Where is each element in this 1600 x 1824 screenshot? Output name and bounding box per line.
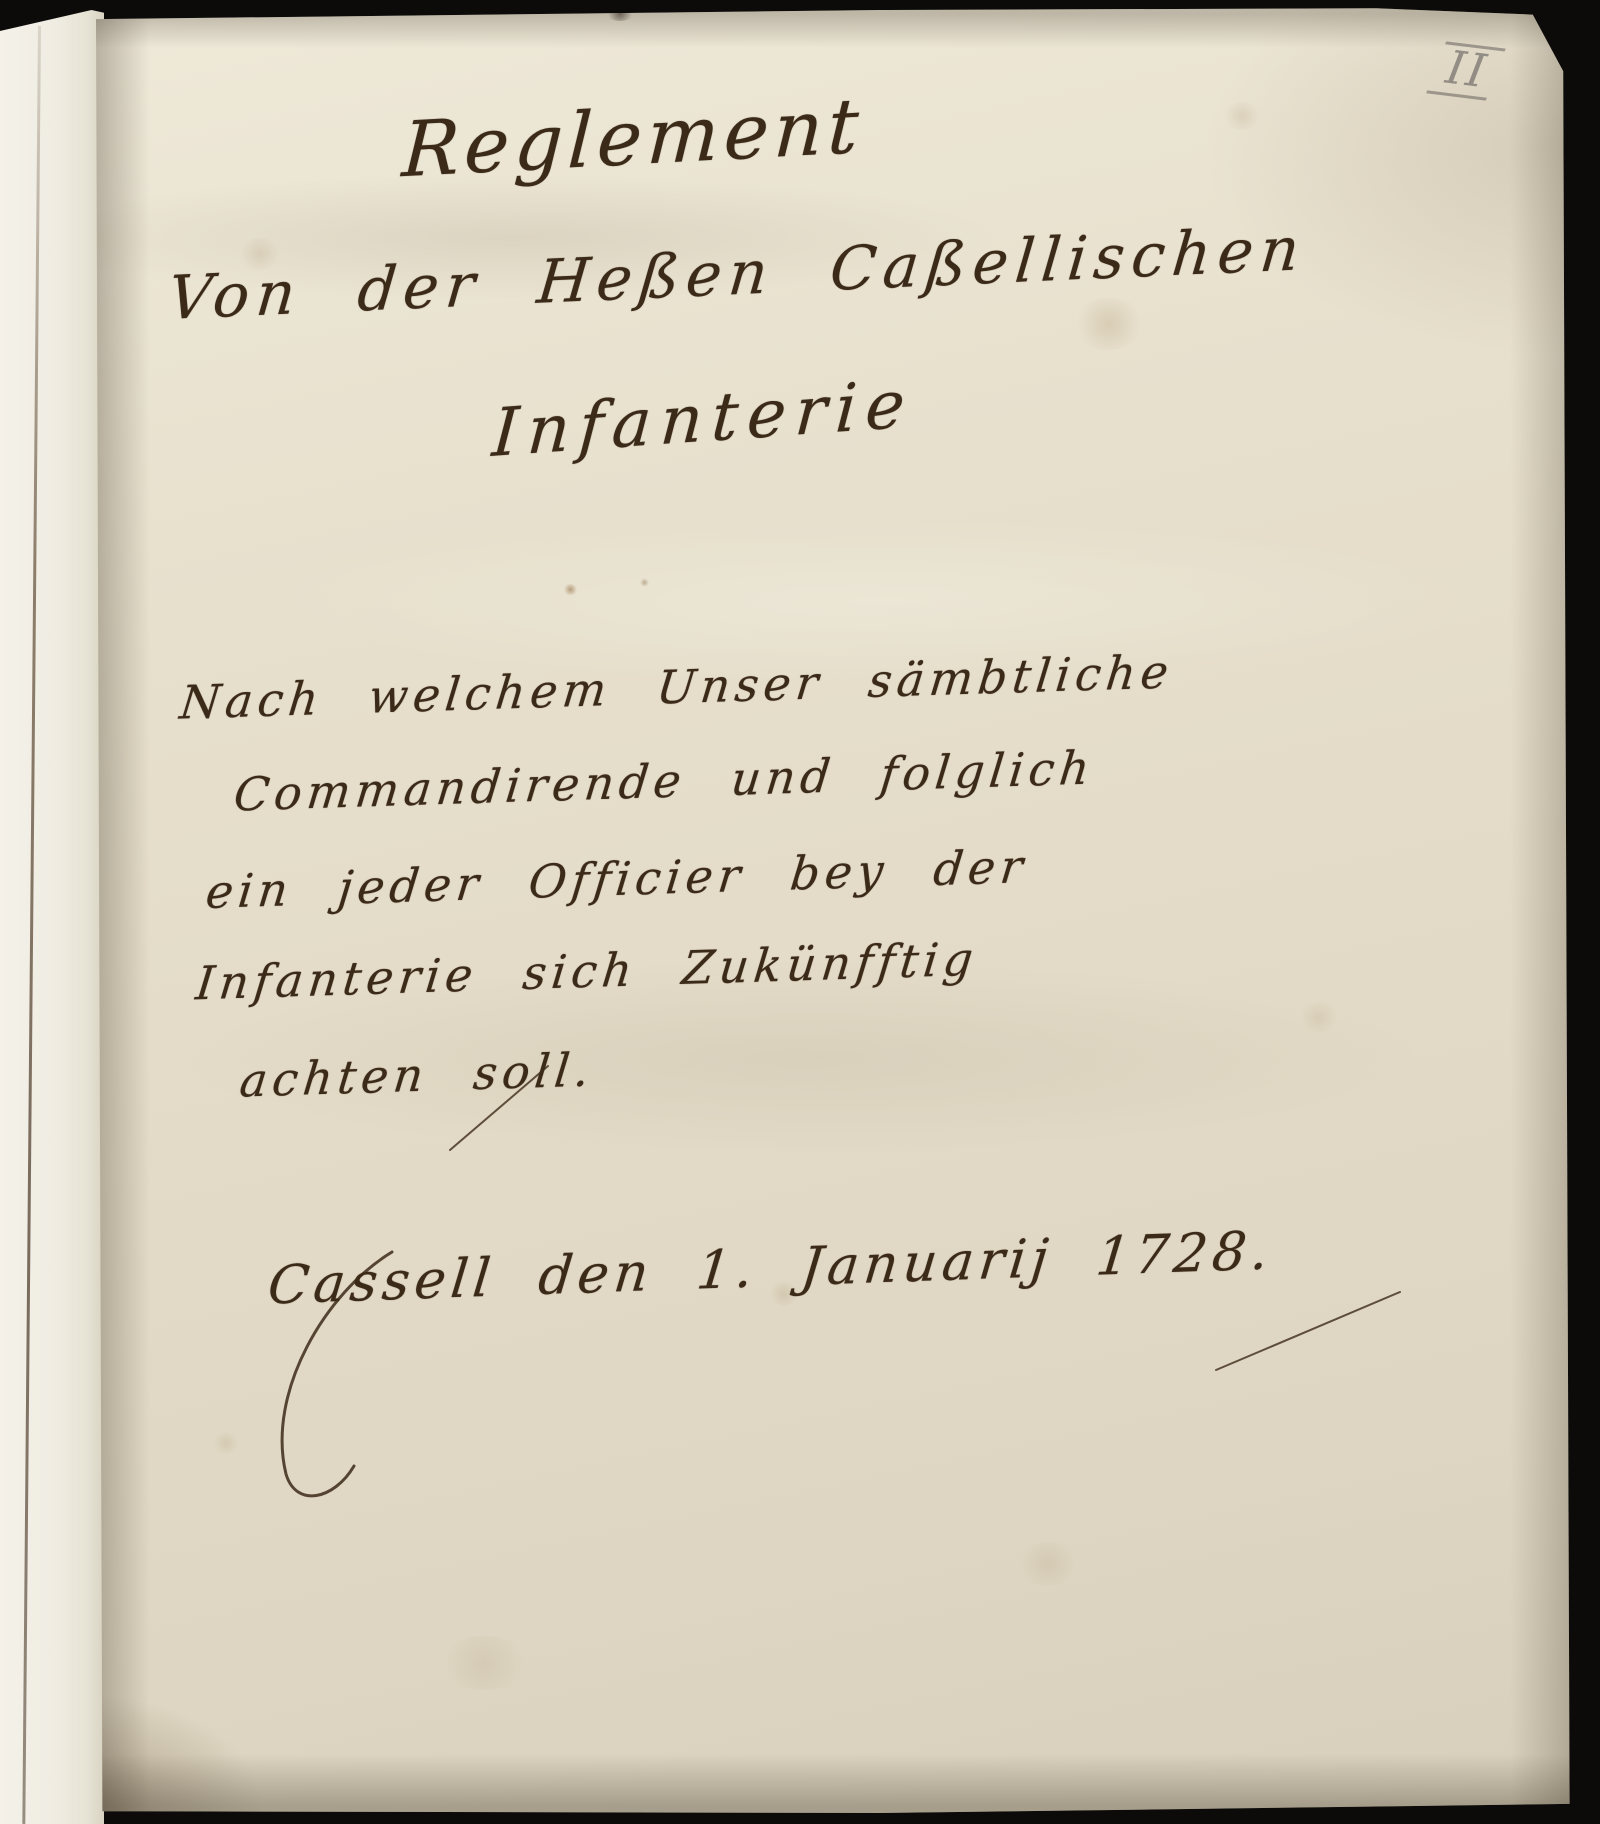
book-page-edges-stack — [0, 0, 104, 1824]
body-text-line: achten soll. — [238, 1046, 597, 1103]
paper-stain — [1298, 1002, 1340, 1032]
paper-stain — [563, 584, 578, 595]
manuscript-page: Reglement Von der Heßen Caßellischen Inf… — [0, 0, 1600, 1824]
paper-stain — [1072, 298, 1146, 350]
title-line-von-der: Von der Heßen Caßellischen — [166, 219, 1309, 329]
title-line-reglement: Reglement — [400, 88, 865, 188]
body-text-line: Nach welchem Unser sämbtliche — [178, 648, 1176, 725]
paper-stain — [1222, 102, 1262, 130]
dateline-cassell-1728: Cassell den 1. Januarij 1728. — [266, 1224, 1276, 1312]
body-text-line: ein jeder Officier bey der — [204, 843, 1030, 915]
title-line-infanterie: Infanterie — [490, 371, 916, 467]
paper-stain — [1016, 1542, 1080, 1586]
book-photo-background: { "document": { "kind": "handwritten man… — [0, 0, 1600, 1824]
body-text-line: Commandirende und folglich — [232, 744, 1097, 817]
ink-speck — [606, 6, 634, 21]
paper-stain — [212, 1432, 240, 1454]
paper-stain — [640, 578, 649, 587]
pencil-folio-mark: II — [1426, 41, 1506, 100]
end-of-date-flourish — [1216, 1292, 1400, 1370]
body-text-line: Infanterie sich Zukünfftig — [194, 936, 981, 1007]
paper-stain — [436, 1636, 532, 1690]
